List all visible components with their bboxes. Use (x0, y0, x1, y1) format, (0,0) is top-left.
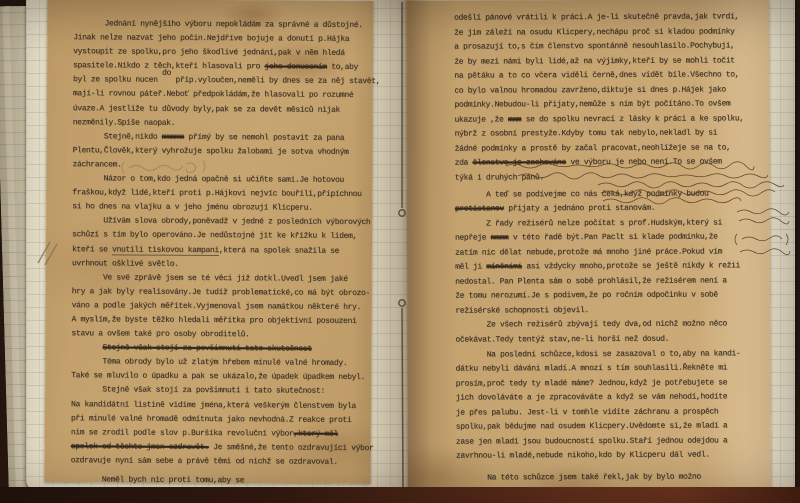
typed-line: Na kandidátní listině vidíme jména,která… (71, 398, 378, 414)
typed-line: podmínky.Nebudou-li přijaty,nemůže s ním… (454, 98, 743, 114)
typed-line: žádné podmínky a prostě by začal pracova… (455, 141, 744, 157)
typed-line: měl ji míněními asi vždycky mnoho,protož… (455, 260, 744, 276)
right-typed-sheet: odešlí pánové vrátili k práci.A je-li sk… (406, 0, 771, 491)
typed-line: Ve své zprávě jsem se té věci již dotkl.… (72, 271, 379, 287)
typed-line: Na poslední schůzce,kdosi se zasazoval o… (455, 347, 744, 363)
typed-line: zase jen mladí jsou budoucností spolku.S… (456, 434, 745, 450)
typed-line: Z řady režisérů nelze počítat s prof.Hud… (455, 216, 744, 232)
typed-line: režisérské schopnosti objevil. (455, 303, 744, 319)
typed-line: prosím,proč tedy ty mladé máme? Jednou,k… (456, 376, 745, 392)
typed-line: při minulé valné hromadě odmítnuta jako … (71, 412, 378, 428)
typed-line: odešlí pánové vrátili k práci.A je-li sk… (454, 10, 743, 26)
typed-line: jich dovoláváte a je zpracováváte a když… (456, 391, 745, 407)
typed-line: zatím nic dělat nebude,protože má mnoho … (455, 245, 744, 261)
cover-bottom-edge (0, 487, 800, 503)
typed-line: že jim záleží na osudu Klicpery,nechápu … (454, 25, 743, 41)
typed-line: ukazuje ,že mmm se do spolku nevrací z l… (454, 112, 743, 128)
typed-line: nedostal. Pan Plenta sám o sobě prohlási… (455, 274, 744, 290)
typed-line: je přes palubu. Jest-li v tomhle vidíte … (456, 405, 745, 421)
typed-line: A teď se podívejme co nás čeká,když podm… (455, 187, 744, 203)
typed-line: Stejně však stojí za povšimnutí i tato s… (71, 384, 378, 400)
typed-line: úvaze.A jestliže tu důvody byly,pak se z… (73, 102, 380, 118)
typed-line: mají-li rovnou páteř.Neboť předpokládám,… (73, 88, 380, 104)
typed-line: kteří se vnutili tiskovou kampaní,která … (72, 243, 379, 259)
typed-line: ozdravuje nyní sám sebe a právě těmi od … (71, 454, 378, 470)
typed-line: očekávat.Tedy tentýž stav,ne-li horší ne… (455, 332, 744, 348)
typed-line: uvrhnout ošklivé světlo. (72, 257, 379, 273)
photo-of-open-notebook: Jednání nynějšího výboru nepokládám za s… (0, 0, 800, 503)
typed-line: zda členstvo-je-zachováno ve výboru je n… (455, 156, 744, 172)
typed-line: protistanov přijaty a jednáno proti stan… (455, 201, 744, 217)
typed-line: co bylo valnou hromadou zavrženo,diktuje… (454, 83, 743, 99)
typed-line: nepřeje mmmm v této řadě být.Pan Paclt s… (455, 231, 744, 247)
typed-line: schůzí s tím bylo operováno.Je nedůstojn… (72, 229, 379, 245)
typed-line: dátku nebyli dáváni mladí.A mnozí s tím … (456, 361, 745, 377)
right-page-text: odešlí pánové vrátili k práci.A je-li sk… (454, 10, 745, 486)
typed-line: nýbrž z osobní prestyže.Kdyby tomu tak n… (454, 127, 743, 143)
typed-line: na pětáku a to co včera viděli černě,dne… (454, 69, 743, 85)
left-page-text: Jednání nynějšího výboru nepokládám za s… (70, 17, 380, 489)
typed-line: týká i druhých pánů. (455, 170, 744, 186)
typed-line: nezměnily.Spíše naopak. (73, 116, 380, 132)
left-typed-sheet: Jednání nynějšího výboru nepokládám za s… (45, 0, 374, 484)
typed-line: že by mezi námi byli lidé,až na výjimky,… (454, 54, 743, 70)
typed-line: Ze všech režisérů zbývají tedy dva,od ni… (455, 318, 744, 334)
typed-line: že tomu nerozumí.Je s podivem,že po ročn… (455, 289, 744, 305)
typed-line: Na této schůzce jsem také řekl,jak by by… (456, 470, 745, 486)
typed-line: zavrhnou-li mladé,nebude nikoho,kdo by K… (456, 449, 745, 465)
typed-line: spolku,pak bědujme nad osudem Klicpery.U… (456, 420, 745, 436)
typed-line: a prosazují to,s čím členstvo spontánně … (454, 39, 743, 55)
